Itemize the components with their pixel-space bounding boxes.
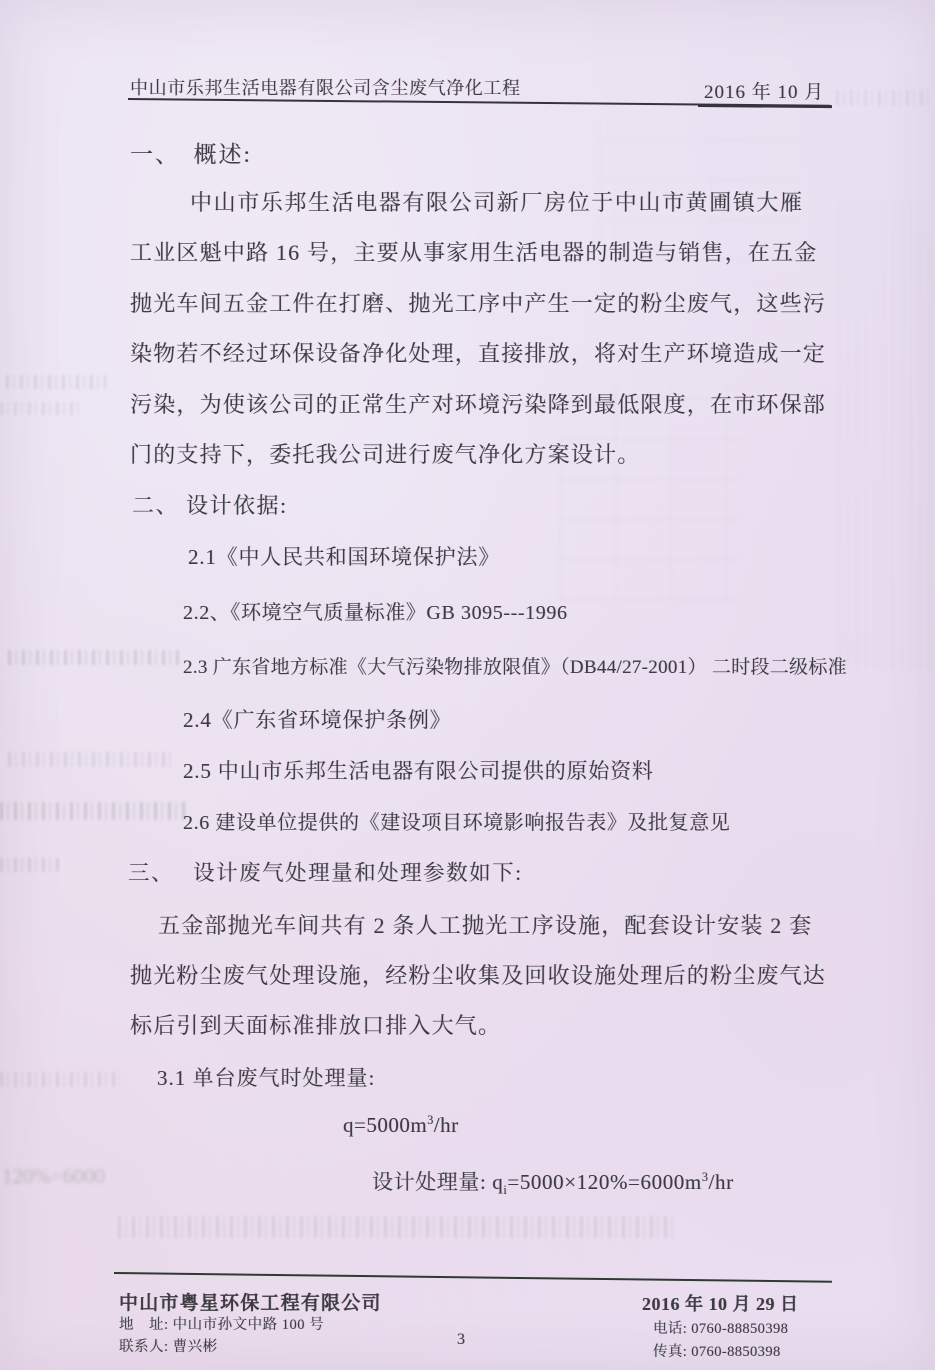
footer-page-number: 3 xyxy=(457,1331,466,1349)
formula-label: 设计处理量: q xyxy=(372,1170,503,1194)
formula-text: =5000×120%=6000m xyxy=(507,1170,701,1194)
superscript: 3 xyxy=(427,1113,434,1127)
bleedthrough-artifact xyxy=(0,402,80,415)
paragraph-line: 污染，为使该公司的正常生产对环境污染降到最低限度，在市环保部 xyxy=(130,388,826,419)
bleedthrough-artifact xyxy=(8,752,176,767)
header-date-underline xyxy=(698,104,832,108)
footer-company: 中山市粤星环保工程有限公司 xyxy=(119,1288,382,1315)
footer-phone: 电话: 0760-88850398 xyxy=(653,1317,788,1338)
design-basis-item: 2.3 广东省地方标准《大气污染物排放限值》（DB44/27-2001） 二时段… xyxy=(183,652,847,679)
design-basis-item: 2.4《广东省环境保护条例》 xyxy=(183,704,451,734)
paragraph-line: 抛光粉尘废气处理设施，经粉尘收集及回收设施处理后的粉尘废气达 xyxy=(130,959,826,990)
bleedthrough-artifact xyxy=(8,650,180,665)
bleedthrough-formula-artifact: 120%=6000 xyxy=(2,1164,105,1189)
scanned-document-page: 120%=6000 中山市乐邦生活电器有限公司含尘废气净化工程 2016 年 1… xyxy=(0,0,935,1370)
bleedthrough-artifact xyxy=(118,1216,678,1238)
paragraph-line: 中山市乐邦生活电器有限公司新厂房位于中山市黄圃镇大雁 xyxy=(190,186,804,217)
formula-text: /hr xyxy=(434,1113,459,1137)
design-basis-item: 2.2、《环境空气质量标准》GB 3095---1996 xyxy=(183,596,568,625)
design-basis-item: 2.5 中山市乐邦生活电器有限公司提供的原始资料 xyxy=(183,755,654,785)
subsection-heading-hourly-volume: 3.1 单台废气时处理量: xyxy=(157,1062,375,1092)
footer-contact: 联系人: 曹兴彬 xyxy=(119,1335,218,1356)
formula-design-volume: 设计处理量: qi=5000×120%=6000m3/hr xyxy=(372,1166,734,1198)
superscript: 3 xyxy=(702,1170,709,1184)
paragraph-line: 五金部抛光车间共有 2 条人工抛光工序设施，配套设计安装 2 套 xyxy=(158,909,812,940)
paragraph-line: 门的支持下，委托我公司进行废气净化方案设计。 xyxy=(130,438,640,469)
footer-rule xyxy=(114,1272,832,1283)
header-date: 2016 年 10 月 xyxy=(704,77,824,104)
footer-fax: 传真: 0760-8850398 xyxy=(653,1340,781,1361)
footer-address: 地 址: 中山市孙文中路 100 号 xyxy=(119,1313,324,1334)
bleedthrough-artifact xyxy=(0,858,60,872)
formula-text: q=5000m xyxy=(343,1113,427,1137)
section-heading-design-basis: 二、 设计依据: xyxy=(132,489,288,520)
paragraph-line: 染物若不经过环保设备净化处理，直接排放，将对生产环境造成一定 xyxy=(130,337,826,368)
bleedthrough-artifact xyxy=(0,1072,120,1087)
section-heading-overview: 一、 概述: xyxy=(130,136,252,169)
formula-single-unit-volume: q=5000m3/hr xyxy=(343,1113,459,1138)
bleedthrough-artifact xyxy=(836,90,931,106)
document-title: 中山市乐邦生活电器有限公司含尘废气净化工程 xyxy=(130,74,521,100)
bleedthrough-artifact xyxy=(6,375,106,389)
design-basis-item: 2.1《中人民共和国环境保护法》 xyxy=(188,541,500,571)
paragraph-line: 标后引到天面标准排放口排入大气。 xyxy=(130,1009,501,1040)
bleedthrough-artifact xyxy=(0,802,186,820)
formula-text: /hr xyxy=(709,1170,734,1194)
section-heading-treatment: 三、 设计废气处理量和处理参数如下: xyxy=(128,856,523,887)
footer-date: 2016 年 10 月 29 日 xyxy=(642,1290,799,1316)
paragraph-line: 抛光车间五金工件在打磨、抛光工序中产生一定的粉尘废气，这些污 xyxy=(130,287,826,318)
design-basis-item: 2.6 建设单位提供的《建设项目环境影响报告表》及批复意见 xyxy=(183,806,730,835)
paragraph-line: 工业区魁中路 16 号，主要从事家用生活电器的制造与销售，在五金 xyxy=(130,236,817,267)
bleedthrough-artifact xyxy=(838,200,935,670)
